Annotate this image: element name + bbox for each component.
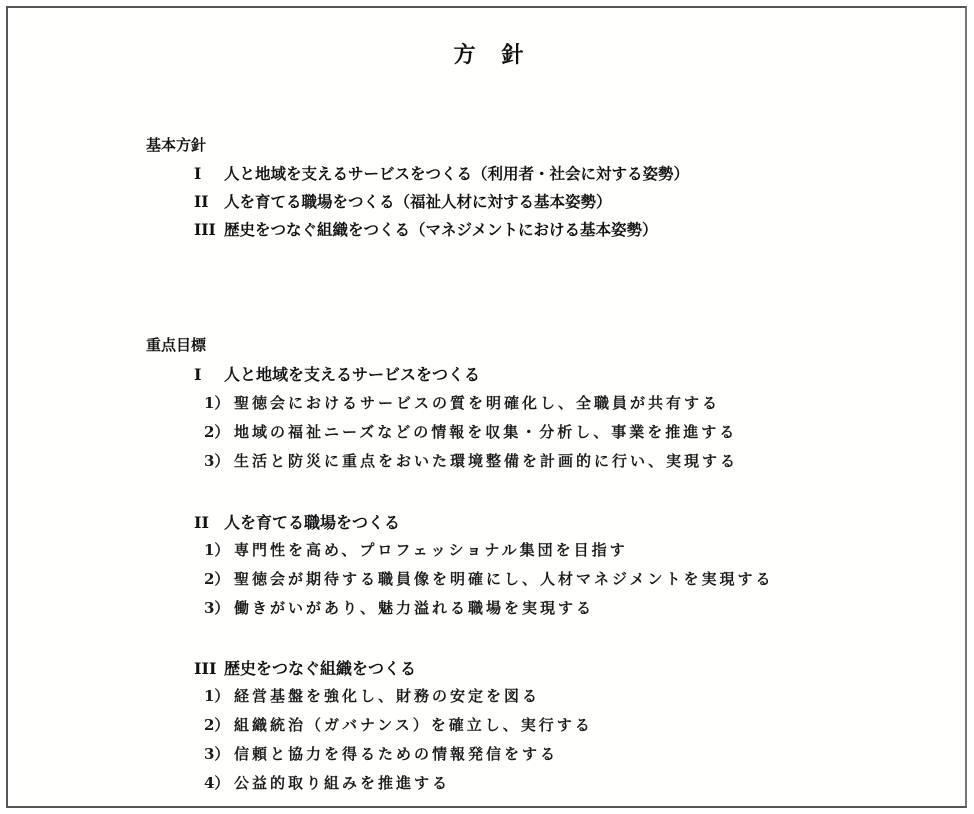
goal-group-title: I人と地域を支えるサービスをつくる [184,362,480,385]
goal-item: 3）生活と防災に重点をおいた環境整備を計画的に行い、実現する [204,450,738,471]
goal-number: 2） [204,714,234,735]
goal-text: 生活と防災に重点をおいた環境整備を計画的に行い、実現する [234,452,738,470]
goal-item: 4）公益的取り組みを推進する [204,772,450,793]
goal-item: 1）専門性を高め、プロフェッショナル集団を目指す [204,539,628,560]
goal-number: 4） [204,772,234,793]
goal-text: 公益的取り組みを推進する [234,774,450,792]
goal-text: 働きがいがあり、魅力溢れる職場を実現する [234,599,594,617]
goal-group-text: 歴史をつなぐ組織をつくる [224,659,416,678]
goal-number: 1） [204,685,234,706]
goal-item: 2）地域の福祉ニーズなどの情報を収集・分析し、事業を推進する [204,421,737,442]
goal-number: 3） [204,743,234,764]
goal-item: 3）信頼と協力を得るための情報発信をする [204,743,558,764]
document-frame: 方針 基本方針 I人と地域を支えるサービスをつくる（利用者・社会に対する姿勢） … [6,6,967,808]
basic-policy-text: 人と地域を支えるサービスをつくる（利用者・社会に対する姿勢） [224,165,689,183]
goal-text: 組織統治（ガバナンス）を確立し、実行する [234,716,593,734]
goal-group-text: 人と地域を支えるサービスをつくる [224,365,480,384]
basic-policy-item: III歴史をつなぐ組織をつくる（マネジメントにおける基本姿勢） [184,218,658,240]
goal-text: 地域の福祉ニーズなどの情報を収集・分析し、事業を推進する [234,423,737,441]
basic-policy-text: 人を育てる職場をつくる（福祉人材に対する基本姿勢） [224,193,612,211]
priority-goals-heading: 重点目標 [146,334,206,355]
goal-number: 1） [204,392,234,413]
roman-numeral: I [184,365,224,384]
goal-text: 経営基盤を強化し、財務の安定を図る [234,687,540,705]
goal-item: 1）聖徳会におけるサービスの質を明確化し、全職員が共有する [204,392,720,413]
goal-text: 聖徳会が期待する職員像を明確にし、人材マネジメントを実現する [234,570,774,588]
goal-number: 2） [204,421,234,442]
goal-item: 2）組織統治（ガバナンス）を確立し、実行する [204,714,593,735]
roman-numeral: III [184,220,224,239]
goal-item: 1）経営基盤を強化し、財務の安定を図る [204,685,540,706]
goal-item: 3）働きがいがあり、魅力溢れる職場を実現する [204,597,594,618]
roman-numeral: II [184,192,224,211]
goal-group-text: 人を育てる職場をつくる [224,513,400,532]
page-title: 方針 [8,38,969,69]
goal-number: 3） [204,450,234,471]
basic-policy-text: 歴史をつなぐ組織をつくる（マネジメントにおける基本姿勢） [224,221,658,239]
goal-group-title: III歴史をつなぐ組織をつくる [184,656,416,679]
goal-text: 専門性を高め、プロフェッショナル集団を目指す [234,541,628,559]
basic-policy-item: II人を育てる職場をつくる（福祉人材に対する基本姿勢） [184,190,612,212]
goal-number: 2） [204,568,234,589]
basic-policy-item: I人と地域を支えるサービスをつくる（利用者・社会に対する姿勢） [184,162,689,184]
goal-number: 3） [204,597,234,618]
goal-text: 信頼と協力を得るための情報発信をする [234,745,558,763]
goal-item: 2）聖徳会が期待する職員像を明確にし、人材マネジメントを実現する [204,568,774,589]
goal-group-title: II人を育てる職場をつくる [184,510,400,533]
goal-text: 聖徳会におけるサービスの質を明確化し、全職員が共有する [234,394,720,412]
roman-numeral: III [184,659,224,678]
roman-numeral: II [184,513,224,532]
goal-number: 1） [204,539,234,560]
basic-policy-heading: 基本方針 [146,134,206,155]
roman-numeral: I [184,164,224,183]
